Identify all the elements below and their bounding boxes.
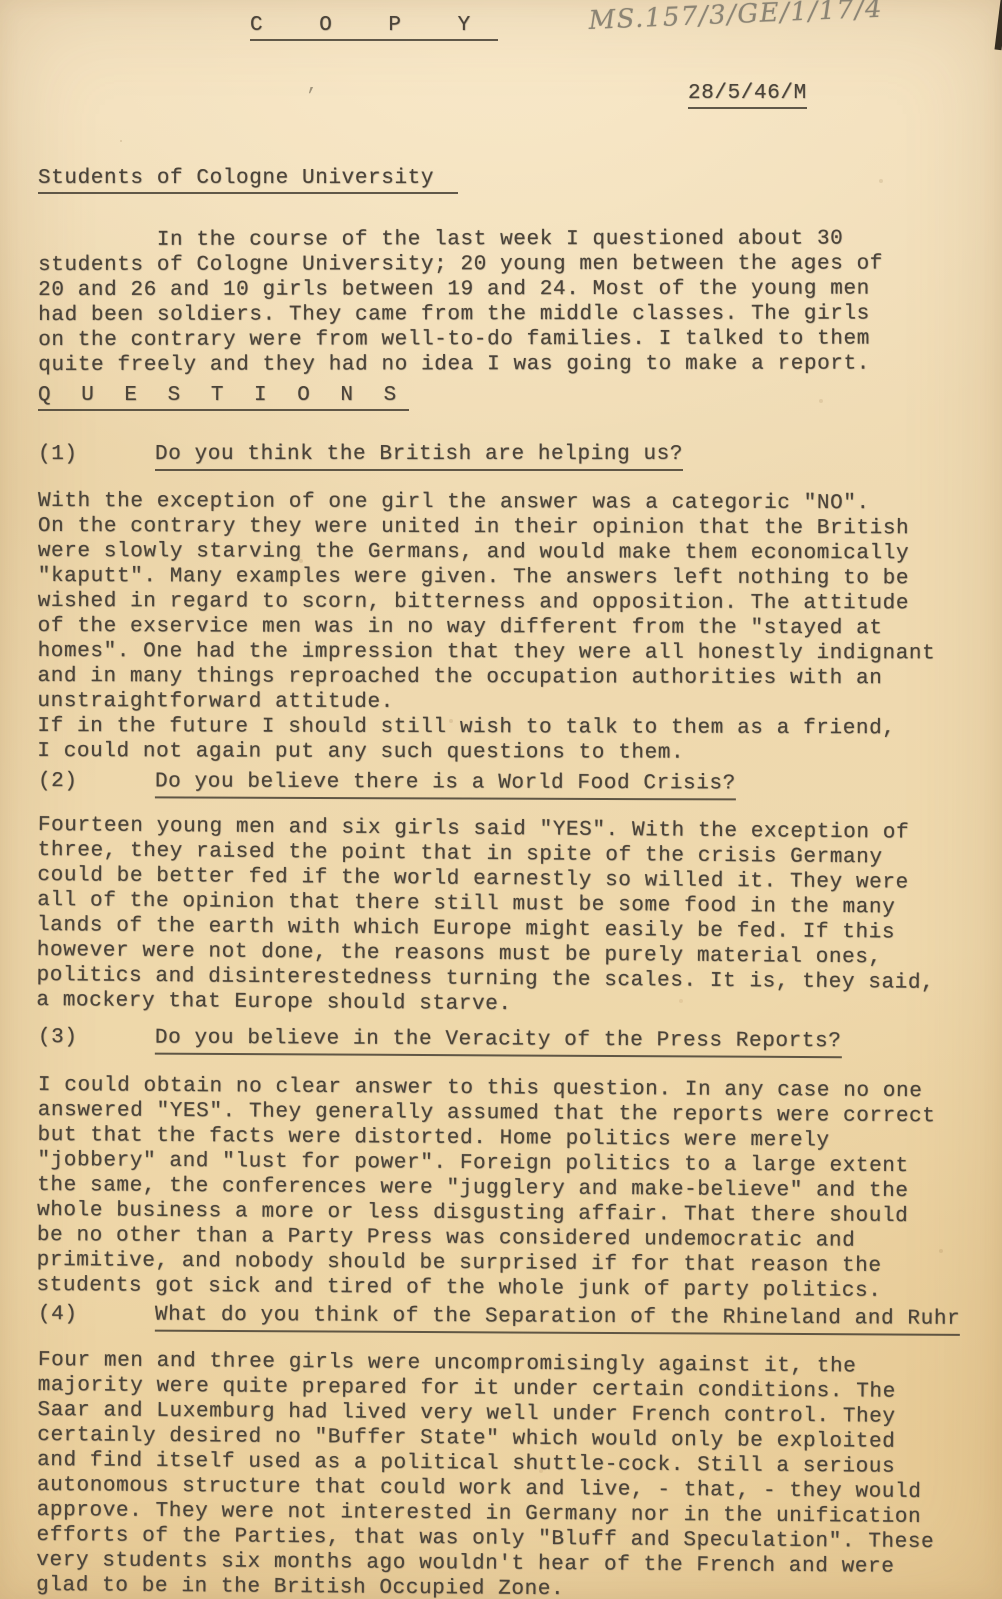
copy-stamp-text: C O P Y — [250, 14, 498, 41]
handwritten-reference: MS.157/3/GE/1/17/4 — [588, 0, 884, 36]
section-4-heading: (4) What do you think of the Separation … — [38, 1302, 988, 1337]
section-3-number: (3) — [38, 1025, 78, 1050]
section-2-question: Do you believe there is a World Food Cri… — [155, 769, 736, 800]
section-3-question: Do you believe in the Veracity of the Pr… — [155, 1026, 842, 1059]
date-reference: 28/5/46/M — [688, 81, 807, 106]
date-reference-text: 28/5/46/M — [688, 82, 807, 109]
document-page: ’ C O P Y MS.157/3/GE/1/17/4 28/5/46/M S… — [0, 0, 1002, 1599]
section-1-answer: With the exception of one girl the answe… — [37, 489, 988, 766]
section-2-number: (2) — [38, 769, 78, 794]
section-1-question: Do you think the British are helping us? — [155, 442, 683, 471]
section-4-number: (4) — [38, 1302, 78, 1327]
intro-paragraph: In the course of the last week I questio… — [38, 226, 988, 378]
section-3-answer: I could obtain no clear answer to this q… — [36, 1073, 988, 1305]
section-1-heading: (1) Do you think the British are helping… — [38, 442, 988, 472]
document-title-text: Students of Cologne University — [38, 167, 458, 194]
section-3-heading: (3) Do you believe in the Veracity of th… — [38, 1025, 988, 1060]
questions-heading: Q U E S T I O N S — [38, 383, 409, 408]
section-4-answer: Four men and three girls were uncompromi… — [36, 1348, 988, 1599]
section-4-question: What do you think of the Separation of t… — [155, 1303, 960, 1336]
document-title: Students of Cologne University — [38, 166, 458, 191]
stray-ink-mark: ’ — [305, 86, 317, 109]
section-2-heading: (2) Do you believe there is a World Food… — [38, 769, 988, 802]
questions-heading-text: Q U E S T I O N S — [38, 384, 409, 411]
paper-speckles — [120, 140, 122, 142]
section-1-number: (1) — [38, 442, 78, 467]
copy-stamp: C O P Y — [250, 13, 498, 38]
section-2-answer: Fourteen young men and six girls said "Y… — [36, 813, 988, 1021]
scan-edge-artifact — [994, 0, 1002, 50]
